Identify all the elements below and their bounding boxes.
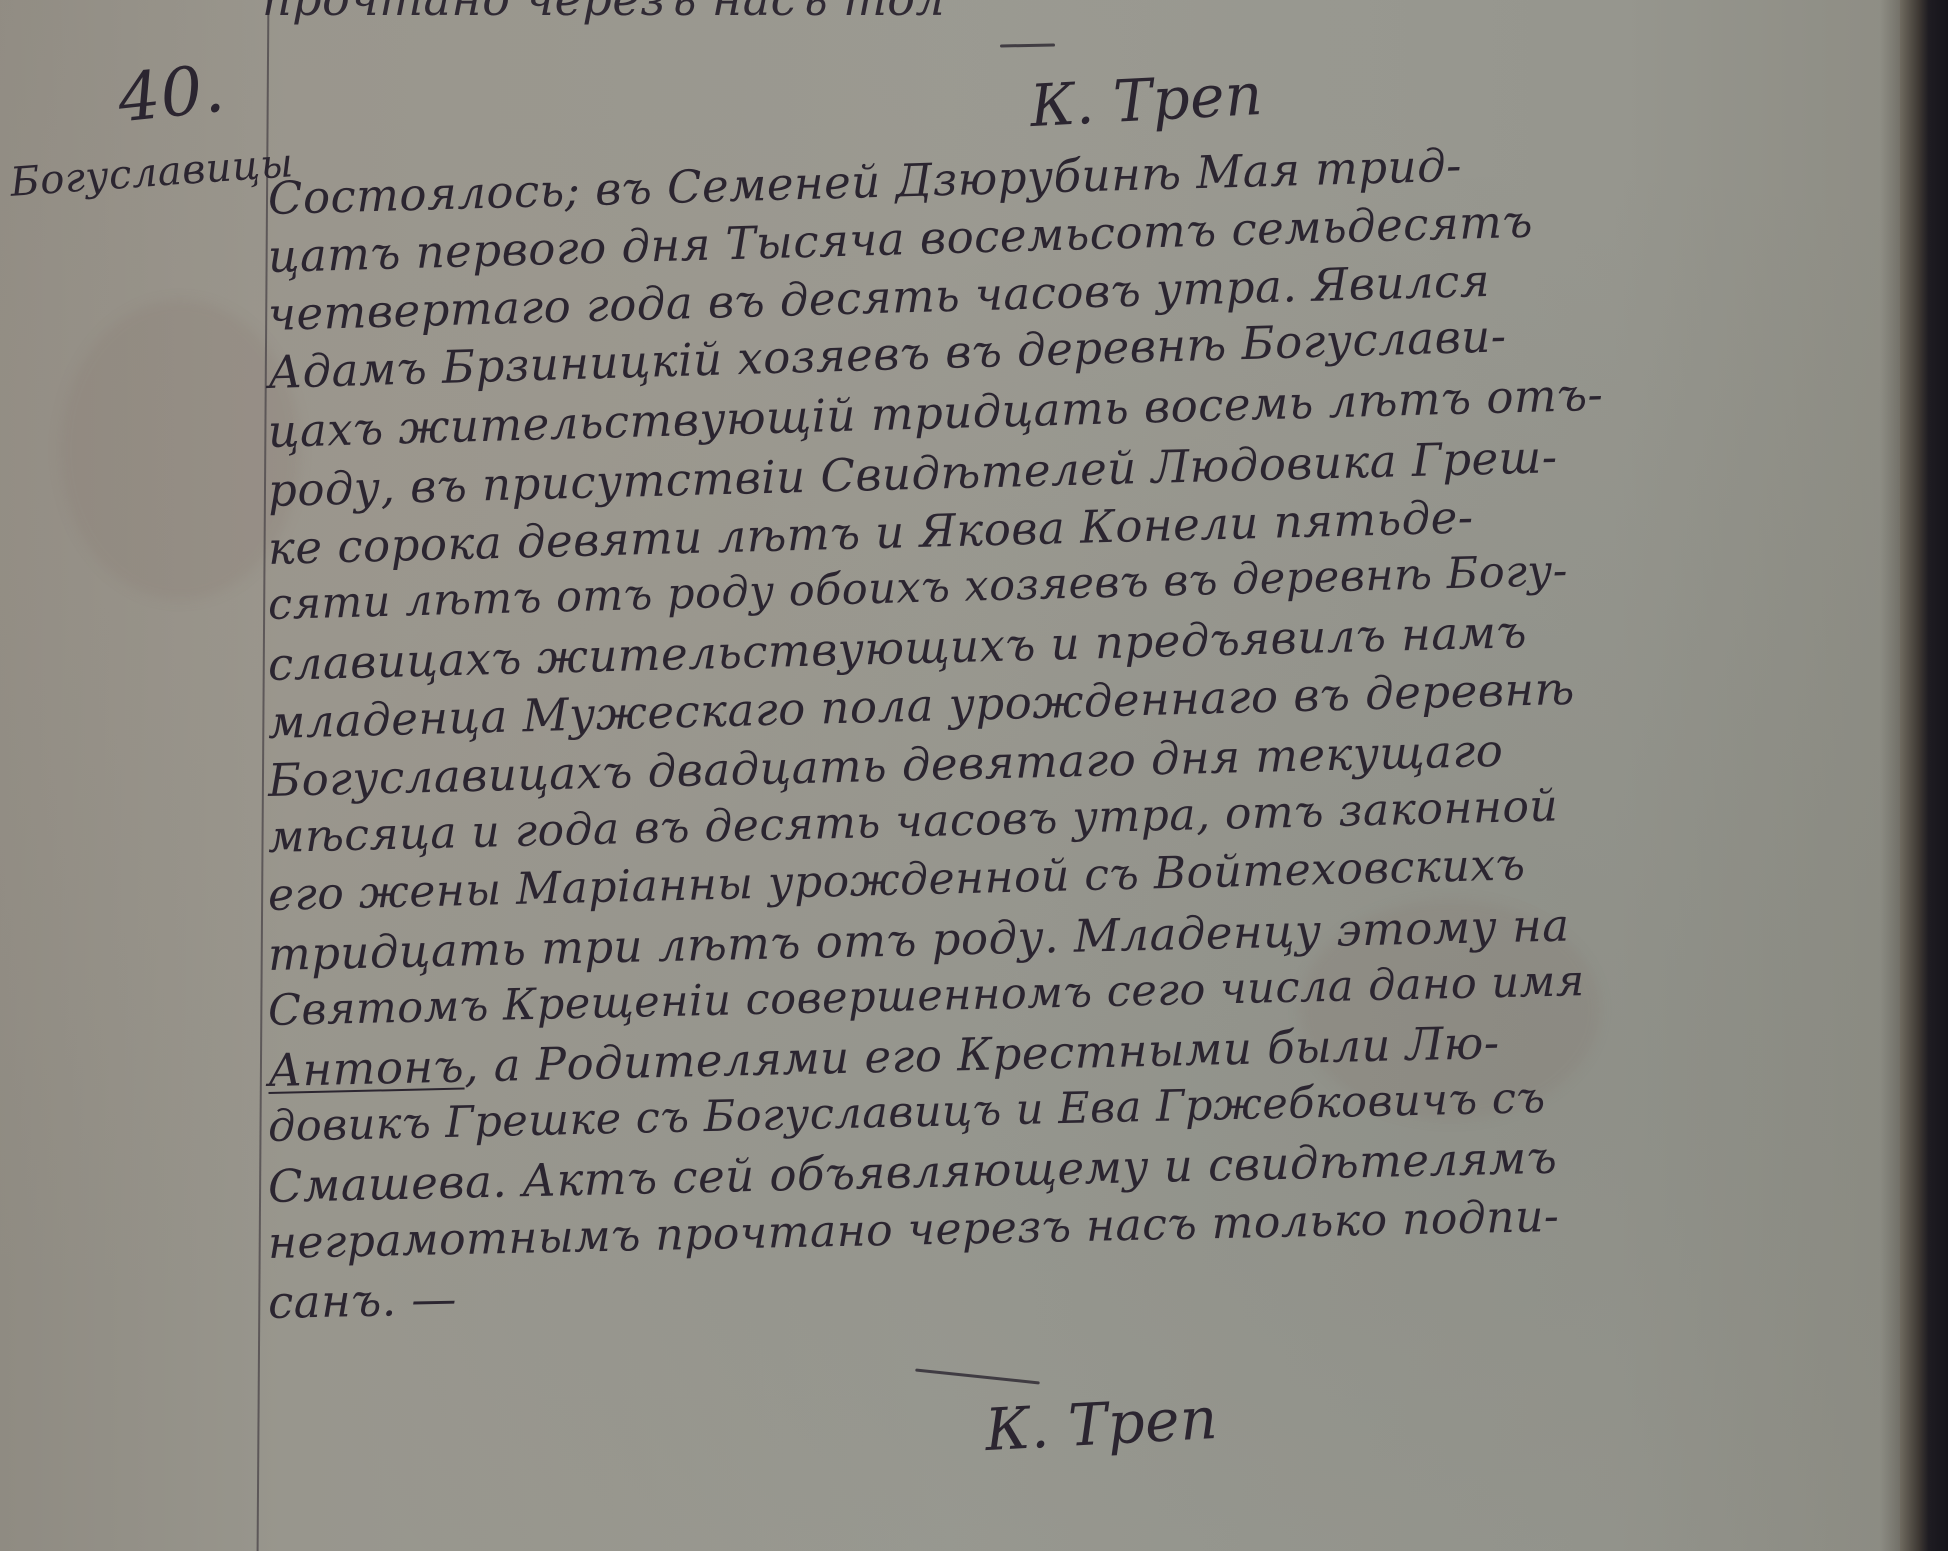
record-line: санъ. — — [267, 1272, 457, 1329]
register-page: прочтано черезъ насъ тол 40. Богуславицы… — [0, 0, 1900, 1551]
signature-flourish — [915, 1368, 1040, 1384]
previous-entry-remnant: прочтано черезъ насъ тол — [262, 0, 945, 26]
entry-number: 40. — [114, 50, 228, 138]
signature-flourish — [1000, 44, 1055, 48]
signature-bottom: К. Треп — [983, 1384, 1219, 1464]
book-binding — [1900, 0, 1948, 1551]
page-edge-shadow — [1880, 0, 1902, 1551]
margin-village-name: Богуславицы — [9, 140, 295, 206]
signature-top: К. Треп — [1028, 60, 1264, 140]
baptismal-name: Антонъ — [267, 1040, 464, 1097]
